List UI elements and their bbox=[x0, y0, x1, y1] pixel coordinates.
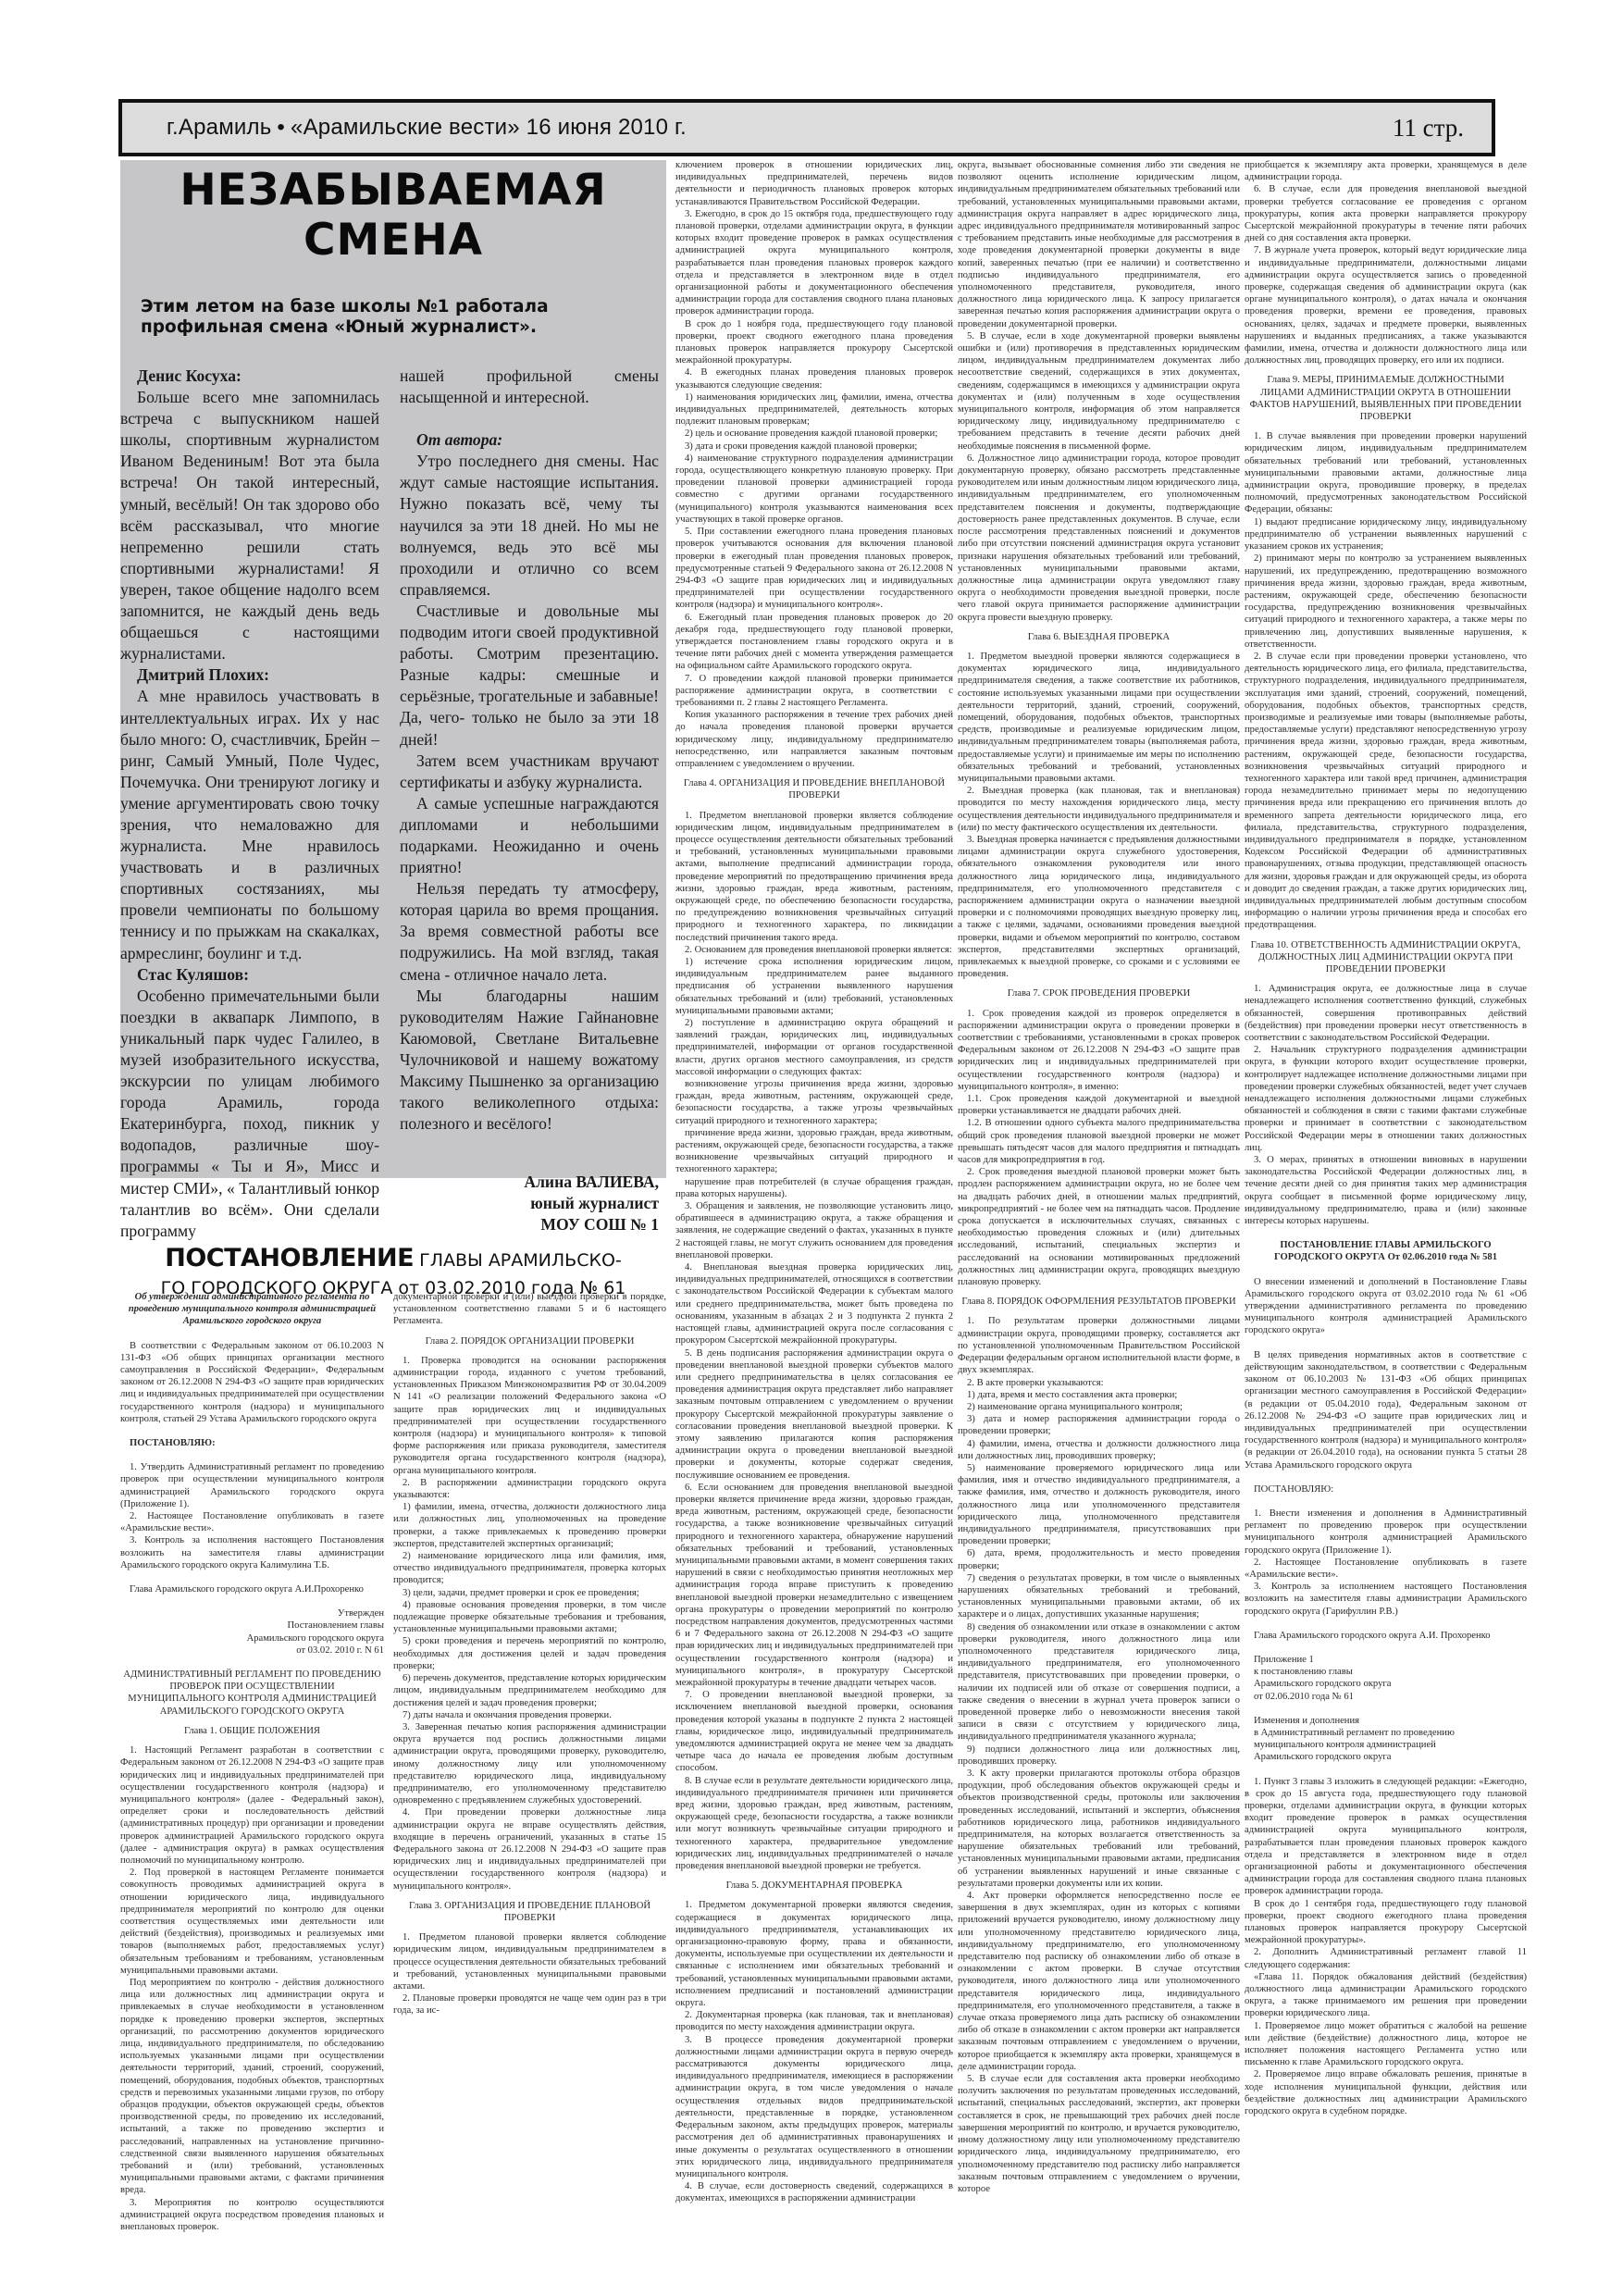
paragraph: В срок до 1 ноября года, предшествующего… bbox=[675, 318, 953, 367]
paragraph: 4. Плановые и внеплановые проверки прово… bbox=[120, 2233, 384, 2235]
list-item: 8) сведения об ознакомлении или отказе в… bbox=[958, 1621, 1240, 1744]
paragraph: 3. О мерах, принятых в отношении виновны… bbox=[1245, 1154, 1527, 1227]
paragraph: 5. В день подписания распоряжения админи… bbox=[675, 1347, 953, 1482]
paragraph: 1. Проверка проводится на основании расп… bbox=[393, 1355, 666, 1477]
paragraph: 2. В акте проверки указываются: bbox=[958, 1377, 1240, 1389]
paragraph: 1. Предметом выездной проверки являются … bbox=[958, 651, 1240, 785]
paragraph: 3. Выездная проверка начинается с предъя… bbox=[958, 834, 1240, 980]
paragraph: 2. Срок проведения выездной плановой про… bbox=[958, 1166, 1240, 1288]
paragraph: 1. Проверяемое лицо может обратиться с ж… bbox=[1245, 2020, 1527, 2069]
speaker-quote: Особенно примечательными были поездки в … bbox=[120, 986, 379, 1242]
list-item: 3) цели, задачи, предмет проверки и срок… bbox=[393, 1587, 666, 1599]
regulation-title: АДМИНИСТРАТИВНЫЙ РЕГЛАМЕНТ ПО ПРОВЕДЕНИЮ… bbox=[120, 1669, 384, 1718]
chapter-heading: Глава 1. ОБЩИЕ ПОЛОЖЕНИЯ bbox=[120, 1725, 384, 1737]
list-item: 6) перечень документов, представление ко… bbox=[393, 1672, 666, 1709]
paragraph: 4. Внеплановая выездная проверка юридиче… bbox=[675, 1261, 953, 1347]
paragraph: 3. К акту проверки прилагаются протоколы… bbox=[958, 1768, 1240, 1890]
changes-title: муниципального контроля администрацией bbox=[1245, 1739, 1527, 1751]
speaker-name: Дмитрий Плохих: bbox=[120, 664, 379, 686]
paragraph: документарной проверки и (или) выездной … bbox=[393, 1291, 666, 1328]
paragraph: 4. В ежегодных планах проведения плановы… bbox=[675, 366, 953, 391]
appendix-label: Арамильского городского округа bbox=[1245, 1678, 1527, 1690]
paragraph: 3. Обращения и заявления, не позволяющие… bbox=[675, 1200, 953, 1261]
paragraph: 3. Заверенная печатью копия распоряжения… bbox=[393, 1721, 666, 1806]
author-paragraph: Затем всем участникам вручают сертификат… bbox=[400, 751, 659, 793]
feature-subheadline: Этим летом на базе школы №1 работала про… bbox=[141, 297, 659, 338]
chapter-heading: Глава 4. ОРГАНИЗАЦИЯ И ПРОВЕДЕНИЕ ВНЕПЛА… bbox=[675, 777, 953, 801]
paragraph: 4. При проведении проверки должностные л… bbox=[393, 1806, 666, 1892]
author-heading: От автора: bbox=[400, 429, 659, 451]
header-publication: г.Арамиль•«Арамильские вести» 16 июня 20… bbox=[167, 115, 687, 141]
bullet-icon: • bbox=[277, 115, 285, 140]
paragraph: 2. Плановые проверки проводятся не чаще … bbox=[393, 1992, 666, 2017]
decree-item: 1. Утвердить Административный регламент … bbox=[120, 1461, 384, 1510]
feature-column-2: нашей профильной смены насыщенной и инте… bbox=[400, 366, 659, 1236]
paragraph: 2. Выездная проверка (как плановая, так … bbox=[958, 785, 1240, 834]
changes-title: Арамильского городского округа bbox=[1245, 1751, 1527, 1763]
list-item: 1) наименования юридических лиц, фамилии… bbox=[675, 391, 953, 428]
paragraph: 7. О проведении внеплановой выездной про… bbox=[675, 1689, 953, 1774]
headline-line-2: СМЕНА bbox=[120, 216, 666, 266]
page-header: г.Арамиль•«Арамильские вести» 16 июня 20… bbox=[118, 99, 1495, 156]
paragraph: 8. В случае если в результате деятельнос… bbox=[675, 1775, 953, 1873]
paragraph: 3. В процессе проведения документарной п… bbox=[675, 2034, 953, 2180]
paragraph: ключением проверок в отношении юридическ… bbox=[675, 159, 953, 208]
changes-title: в Административный регламент по проведен… bbox=[1245, 1727, 1527, 1739]
list-item: нарушение прав потребителей (в случае об… bbox=[675, 1176, 953, 1200]
regulation-column-5: приобщается к экземпляру акта проверки, … bbox=[1245, 159, 1527, 2237]
page-number: 11 стр. bbox=[1393, 114, 1464, 143]
paragraph: 1. Предметом плановой проверки является … bbox=[393, 1931, 666, 1992]
decree-2-title: ПОСТАНОВЛЕНИЕ ГЛАВЫ АРМИЛЬСКОГО ГОРОДСКО… bbox=[1245, 1239, 1527, 1263]
speaker-name: Денис Косуха: bbox=[120, 366, 379, 387]
header-city: г.Арамиль bbox=[167, 115, 271, 140]
decree-title-bold: ПОСТАНОВЛЕНИЕ bbox=[165, 1244, 414, 1272]
paragraph: В срок до 1 сентября года, предшествующе… bbox=[1245, 1898, 1527, 1947]
decree-signature: Глава Арамильского городского округа А.И… bbox=[120, 1583, 384, 1595]
paragraph: 1. В случае выявления при проведении про… bbox=[1245, 430, 1527, 515]
signature-role: юный журналист bbox=[400, 1193, 659, 1214]
signature-name: Алина ВАЛИЕВА, bbox=[400, 1172, 659, 1193]
paragraph: 2. Под проверкой в настоящем Регламенте … bbox=[120, 1867, 384, 1977]
paragraph: 2. Начальник структурного подразделения … bbox=[1245, 1044, 1527, 1154]
feature-headline: НЕЗАБЫВАЕМАЯ СМЕНА bbox=[120, 166, 666, 266]
paragraph: 6. Должностное лицо администрации города… bbox=[958, 453, 1240, 624]
paragraph: 1. Администрация округа, ее должностные … bbox=[1245, 983, 1527, 1044]
list-item: 2) наименование органа муниципального ко… bbox=[958, 1401, 1240, 1413]
paragraph: 1. По результатам проверки должностными … bbox=[958, 1315, 1240, 1376]
decree-2-item: 1. Внести изменения и дополнения в Админ… bbox=[1245, 1508, 1527, 1557]
list-item: 4) правовые основания проведения проверк… bbox=[393, 1599, 666, 1636]
paragraph: 6. Если основанием для проведения внепла… bbox=[675, 1482, 953, 1689]
paragraph: 5. При составлении ежегодного плана пров… bbox=[675, 526, 953, 611]
paragraph: 5. В случае, если в ходе документарной п… bbox=[958, 330, 1240, 453]
list-item: 4) фамилии, имена, отчества и должности … bbox=[958, 1438, 1240, 1462]
decree-title-rest: ГЛАВЫ АРАМИЛЬСКО- bbox=[414, 1250, 622, 1271]
list-item: причинение вреда жизни, здоровью граждан… bbox=[675, 1127, 953, 1176]
list-item: 1) фамилии, имена, отчества, должности д… bbox=[393, 1501, 666, 1550]
list-item: 4) наименование структурного подразделен… bbox=[675, 453, 953, 526]
paragraph: 2. Документарная проверка (как плановая,… bbox=[675, 2009, 953, 2033]
chapter-heading: Глава 2. ПОРЯДОК ОРГАНИЗАЦИИ ПРОВЕРКИ bbox=[393, 1335, 666, 1347]
paragraph: округа, вызывает обоснованные сомнения л… bbox=[958, 159, 1240, 330]
signature-school: МОУ СОШ № 1 bbox=[400, 1214, 659, 1235]
list-item: 5) наименование проверяемого юридическог… bbox=[958, 1462, 1240, 1547]
chapter-heading: Глава 9. МЕРЫ, ПРИНИМАЕМЫЕ ДОЛЖНОСТНЫМИ … bbox=[1245, 374, 1527, 423]
decree-about: Об утверждении административного регламе… bbox=[120, 1291, 384, 1328]
paragraph: 6. В случае, если для проведения внеплан… bbox=[1245, 183, 1527, 244]
appendix-label: Приложение 1 bbox=[1245, 1654, 1527, 1666]
list-item: возникновение угрозы причинения вреда жи… bbox=[675, 1078, 953, 1127]
header-newspaper: «Арамильские вести» 16 июня 2010 г. bbox=[291, 115, 687, 140]
decree-item: 3. Контроль за исполнения настоящего Пос… bbox=[120, 1534, 384, 1571]
changes-title: Изменения и дополнения bbox=[1245, 1715, 1527, 1727]
paragraph: 5. В случае если для составления акта пр… bbox=[958, 2073, 1240, 2195]
paragraph: 2. Дополнить Административный регламент … bbox=[1245, 1946, 1527, 1970]
paragraph: 1. Пункт 3 главы 3 изложить в следующей … bbox=[1245, 1776, 1527, 1898]
paragraph: 1. Предметом документарной проверки явля… bbox=[675, 1899, 953, 2009]
list-item: 7) даты начала и окончания проведения пр… bbox=[393, 1709, 666, 1721]
paragraph: 3. Мероприятия по контролю осуществляютс… bbox=[120, 2197, 384, 2234]
list-item: 1) истечение срока исполнения юридически… bbox=[675, 956, 953, 1017]
author-paragraph: Утро последнего дня смены. Нас ждут самы… bbox=[400, 451, 659, 601]
decree-item: 2. Настоящее Постановление опубликовать … bbox=[120, 1510, 384, 1534]
paragraph: приобщается к экземпляру акта проверки, … bbox=[1245, 159, 1527, 183]
paragraph: 7. О проведении каждой плановой проверки… bbox=[675, 673, 953, 710]
chapter-heading: Глава 8. ПОРЯДОК ОФОРМЛЕНИЯ РЕЗУЛЬТАТОВ … bbox=[958, 1296, 1240, 1308]
list-item: 1.2. В отношении одного субъекта малого … bbox=[958, 1117, 1240, 1166]
list-item: 5) сроки проведения и перечень мероприят… bbox=[393, 1635, 666, 1672]
list-item: 1.1. Срок проведения каждой документарно… bbox=[958, 1093, 1240, 1117]
author-paragraph: Счастливые и довольные мы подводим итоги… bbox=[400, 601, 659, 751]
chapter-heading: Глава 10. ОТВЕТСТВЕННОСТЬ АДМИНИСТРАЦИИ … bbox=[1245, 939, 1527, 976]
list-item: 2) цель и основание проведения каждой пл… bbox=[675, 428, 953, 440]
list-item: 6) дата, время, продолжительность и мест… bbox=[958, 1547, 1240, 1571]
paragraph: 1. Срок проведения каждой из проверок оп… bbox=[958, 1008, 1240, 1093]
paragraph: 3. Ежегодно, в срок до 15 октября года, … bbox=[675, 208, 953, 318]
approval-stamp: Утвержден bbox=[120, 1607, 384, 1620]
paragraph: 2. В распоряжении администрации городско… bbox=[393, 1477, 666, 1501]
approval-stamp: Постановлением главы bbox=[120, 1620, 384, 1632]
paragraph: 1. Предметом внеплановой проверки являет… bbox=[675, 810, 953, 944]
paragraph: «Глава 11. Порядок обжалования действий … bbox=[1245, 1971, 1527, 2020]
list-item: 1) дата, время и место составления акта … bbox=[958, 1389, 1240, 1401]
appendix-label: от 02.06.2010 года № 61 bbox=[1245, 1691, 1527, 1703]
speaker-quote: А мне нравилось участвовать в интеллекту… bbox=[120, 686, 379, 963]
appendix-label: к постановлению главы bbox=[1245, 1666, 1527, 1678]
decree-2-resolve: ПОСТАНОВЛЯЮ: bbox=[1245, 1483, 1527, 1496]
list-item: 7) сведения о результатах проверки, в то… bbox=[958, 1572, 1240, 1621]
decree-column-2: документарной проверки и (или) выездной … bbox=[393, 1291, 666, 2235]
decree-2-signature: Глава Арамильского городского округа А.И… bbox=[1245, 1630, 1527, 1642]
list-item: 3) дата и сроки проведения каждой планов… bbox=[675, 441, 953, 453]
decree-2-preamble: В целях приведения нормативных актов в с… bbox=[1245, 1349, 1527, 1471]
continued-text: нашей профильной смены насыщенной и инте… bbox=[400, 366, 659, 408]
speaker-name: Стас Куляшов: bbox=[120, 964, 379, 986]
paragraph: 7. В журнале учета проверок, который вед… bbox=[1245, 244, 1527, 366]
list-item: 9) подписи должностного лица или должнос… bbox=[958, 1744, 1240, 1768]
paragraph: Под мероприятием по контролю - действия … bbox=[120, 1977, 384, 2197]
decree-2-item: 3. Контроль за исполнением настоящего По… bbox=[1245, 1581, 1527, 1618]
paragraph: 4. В случае, если достоверность сведений… bbox=[675, 2180, 953, 2204]
paragraph: Копия указанного распоряжения в течение … bbox=[675, 709, 953, 770]
list-item: 3) дата и номер распоряжения администрац… bbox=[958, 1413, 1240, 1437]
paragraph: 4. Акт проверки оформляется непосредстве… bbox=[958, 1890, 1240, 2073]
paragraph: 1. Настоящий Регламент разработан в соот… bbox=[120, 1744, 384, 1867]
decree-2-item: 2. Настоящее Постановление опубликовать … bbox=[1245, 1557, 1527, 1581]
decree-2-about: О внесении изменений и дополнений в Пост… bbox=[1245, 1276, 1527, 1337]
chapter-heading: Глава 7. СРОК ПРОВЕДЕНИЯ ПРОВЕРКИ bbox=[958, 987, 1240, 999]
decree-resolve: ПОСТАНОВЛЯЮ: bbox=[120, 1437, 384, 1449]
chapter-heading: Глава 5. ДОКУМЕНТАРНАЯ ПРОВЕРКА bbox=[675, 1880, 953, 1892]
approval-stamp: от 03.02. 2010 г. N 61 bbox=[120, 1644, 384, 1657]
list-item: 2) наименование юридического лица или фа… bbox=[393, 1550, 666, 1587]
list-item: 2) принимают меры по контролю за устране… bbox=[1245, 552, 1527, 651]
feature-column-1: Денис Косуха: Больше всего мне запомнила… bbox=[120, 366, 379, 1242]
feature-article: НЕЗАБЫВАЕМАЯ СМЕНА Этим летом на базе шк… bbox=[120, 160, 666, 1178]
list-item: 1) выдают предписание юридическому лицу,… bbox=[1245, 516, 1527, 553]
headline-line-1: НЕЗАБЫВАЕМАЯ bbox=[120, 166, 666, 216]
regulation-column-4: округа, вызывает обоснованные сомнения л… bbox=[958, 159, 1240, 2237]
author-paragraph: Нельзя передать ту атмосферу, которая ца… bbox=[400, 878, 659, 985]
chapter-heading: Глава 6. ВЫЕЗДНАЯ ПРОВЕРКА bbox=[958, 631, 1240, 643]
author-paragraph: А самые успешные награждаются дипломами … bbox=[400, 793, 659, 878]
author-paragraph: Мы благодарны нашим руководителям Нажие … bbox=[400, 986, 659, 1136]
paragraph: 2. В случае если при проведении проверки… bbox=[1245, 651, 1527, 932]
paragraph: 2. Проверяемое лицо вправе обжаловать ре… bbox=[1245, 2068, 1527, 2117]
speaker-quote: Больше всего мне запомнилась встреча с в… bbox=[120, 387, 379, 664]
approval-stamp: Арамильского городского округа bbox=[120, 1632, 384, 1644]
paragraph: 2. Основанием для проведения внеплановой… bbox=[675, 944, 953, 956]
decree-preamble: В соответствии с Федеральным законом от … bbox=[120, 1340, 384, 1425]
chapter-heading: Глава 3. ОРГАНИЗАЦИЯ И ПРОВЕДЕНИЕ ПЛАНОВ… bbox=[393, 1900, 666, 1924]
paragraph: 6. Ежегодный план проведения плановых пр… bbox=[675, 612, 953, 673]
decree-column-1: Об утверждении административного регламе… bbox=[120, 1291, 384, 2235]
list-item: 2) поступление в администрацию округа об… bbox=[675, 1017, 953, 1078]
regulation-column-3: ключением проверок в отношении юридическ… bbox=[675, 159, 953, 2237]
